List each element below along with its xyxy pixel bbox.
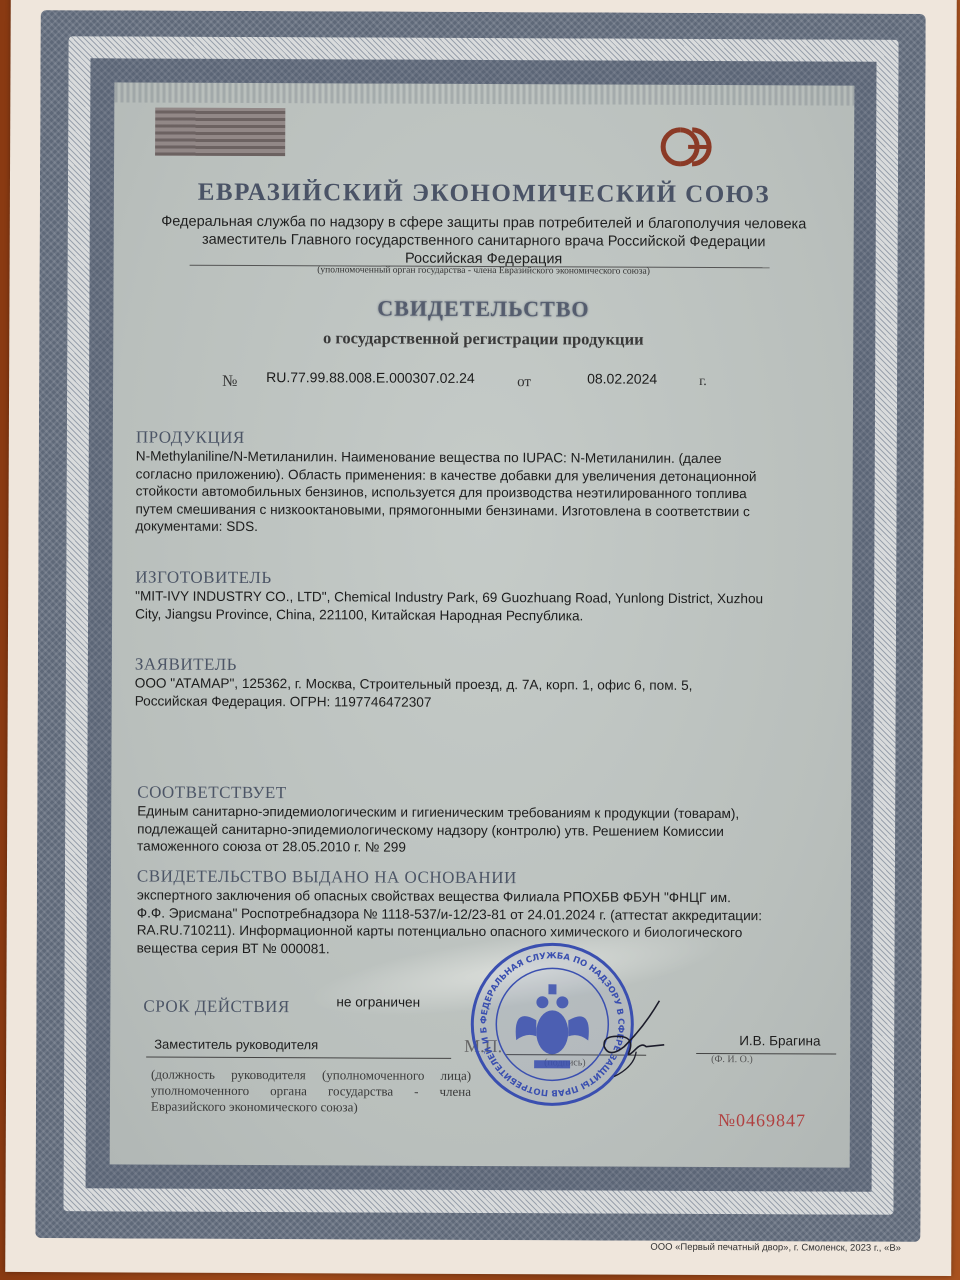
signer-name: И.В. Брагина xyxy=(739,1033,820,1048)
text-line: Российская Федерация. ОГРН: 119774647230… xyxy=(135,692,855,713)
hologram-sticker xyxy=(155,108,285,157)
text-line: таможенного союза от 28.05.2010 г. № 299 xyxy=(137,838,857,859)
agency-line: заместитель Главного государственного са… xyxy=(114,230,854,251)
validity-value: не ограничен xyxy=(336,993,420,1011)
date-suffix: г. xyxy=(699,374,707,390)
section-body: ООО "АТАМАР", 125362, г. Москва, Строите… xyxy=(135,674,855,712)
position-caption: (должность руководителя (уполномоченного… xyxy=(151,1067,471,1116)
section-body: N-Methylaniline/N-Метиланилин. Наименова… xyxy=(135,447,855,538)
handwritten-signature-icon xyxy=(574,996,674,1086)
signer-position: Заместитель руководителя xyxy=(154,1037,318,1053)
union-title: ЕВРАЗИЙСКИЙ ЭКОНОМИЧЕСКИЙ СОЮЗ xyxy=(114,178,854,209)
text-line: документами: SDS. xyxy=(135,517,855,538)
certificate-paper: ЕВРАЗИЙСКИЙ ЭКОНОМИЧЕСКИЙ СОЮЗ Федеральн… xyxy=(5,0,957,1276)
certificate-subtitle: о государственной регистрации продукции xyxy=(113,327,853,350)
registration-number: RU.77.99.88.008.Е.000307.02.24 xyxy=(266,369,475,386)
section-body: "MIT-IVY INDUSTRY CO., LTD", Chemical In… xyxy=(135,587,865,625)
printer-imprint: ООО «Первый печатный двор», г. Смоленск,… xyxy=(650,1242,901,1254)
section-compliance: СООТВЕТСТВУЕТ Единым санитарно-эпидемиол… xyxy=(137,783,857,859)
number-sign: № xyxy=(222,373,237,391)
section-applicant: ЗАЯВИТЕЛЬ ООО "АТАМАР", 125362, г. Москв… xyxy=(135,654,855,712)
section-product: ПРОДУКЦИЯ N-Methylaniline/N-Метиланилин.… xyxy=(135,427,855,538)
date-prefix: от xyxy=(517,374,531,391)
validity-heading: СРОК ДЕЙСТВИЯ xyxy=(143,997,289,1018)
eec-logo-icon xyxy=(650,122,722,172)
section-body: Единым санитарно-эпидемиологическим и ги… xyxy=(137,803,857,859)
certificate-title: СВИДЕТЕЛЬСТВО xyxy=(113,294,853,323)
section-manufacturer: ИЗГОТОВИТЕЛЬ "MIT-IVY INDUSTRY CO., LTD"… xyxy=(135,567,865,625)
name-caption: (Ф. И. О.) xyxy=(711,1054,753,1065)
text-line: City, Jiangsu Province, China, 221100, К… xyxy=(135,605,865,626)
serial-number: №0469847 xyxy=(718,1110,806,1131)
issuing-agency: Федеральная служба по надзору в сфере за… xyxy=(114,212,854,269)
registration-date: 08.02.2024 xyxy=(587,370,657,386)
